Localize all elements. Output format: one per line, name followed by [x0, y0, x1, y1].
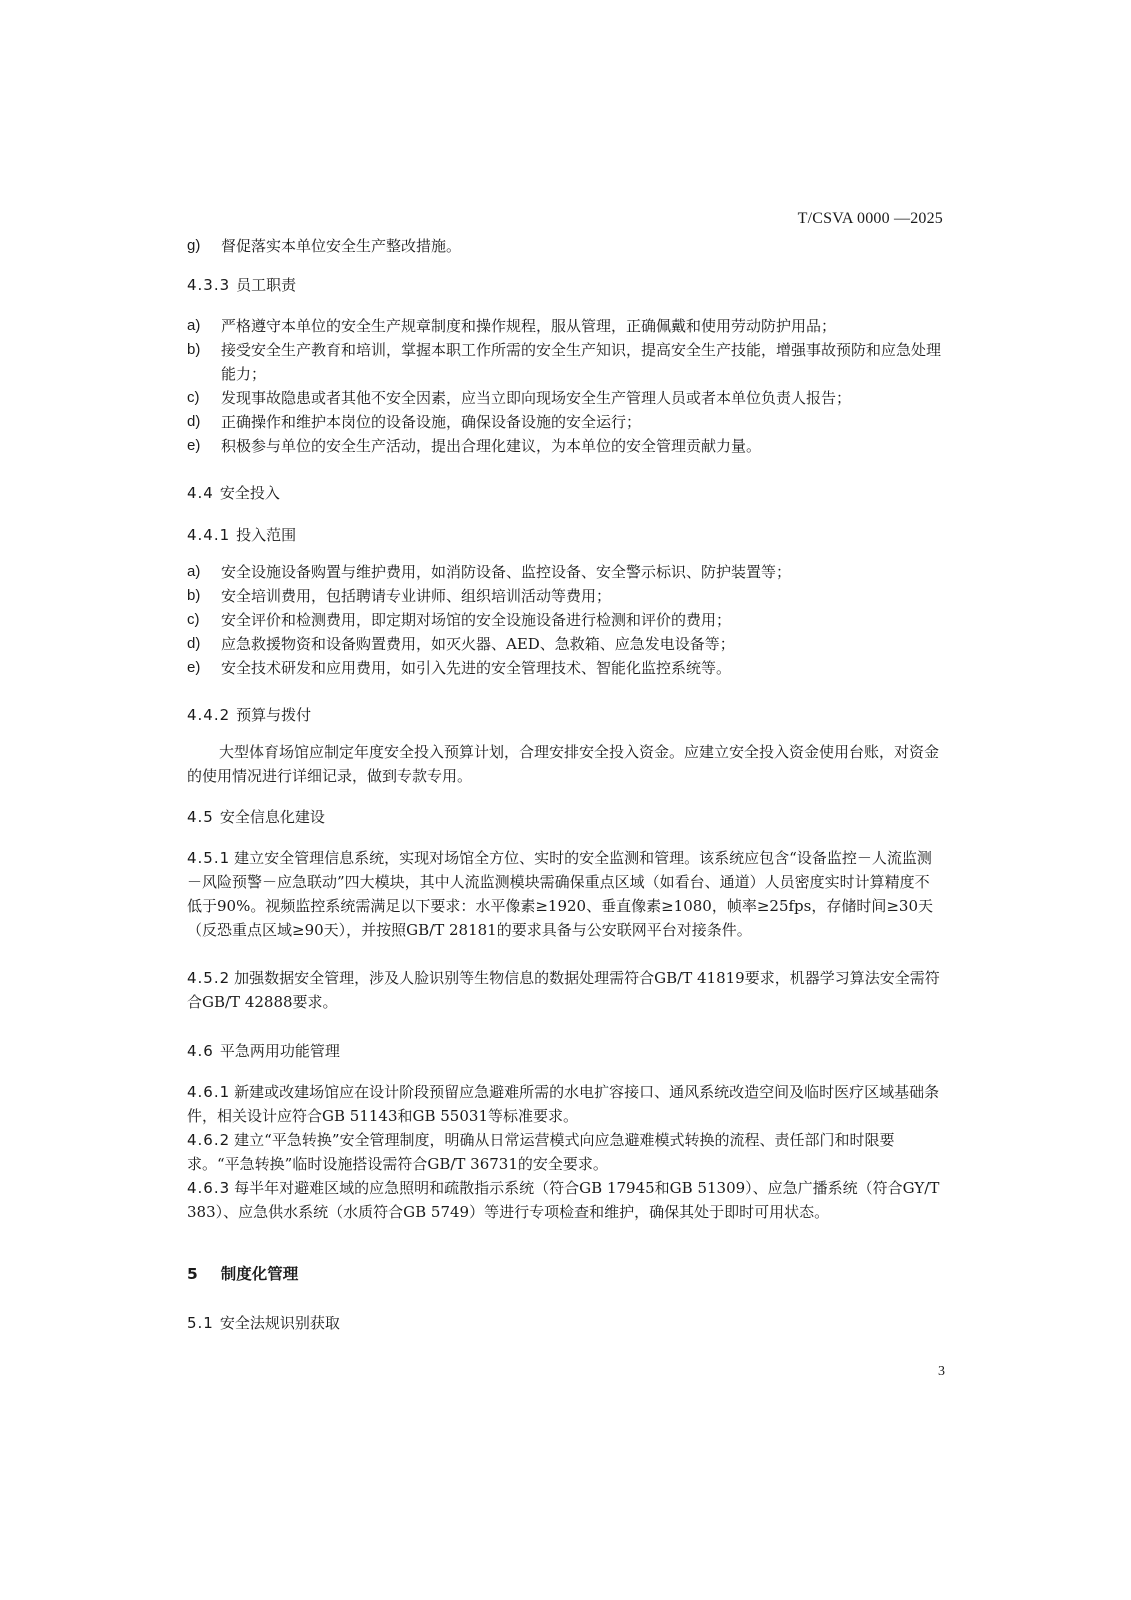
list-item: e)积极参与单位的安全生产活动，提出合理化建议，为本单位的安全管理贡献力量。 [187, 434, 944, 458]
list-item: a)严格遵守本单位的安全生产规章制度和操作规程，服从管理，正确佩戴和使用劳动防护… [187, 314, 944, 338]
section-heading-4-4-2: 4.4.2预算与拨付 [187, 704, 311, 725]
list-item: d)应急救援物资和设备购置费用，如灭火器、AED、急救箱、应急发电设备等； [187, 632, 944, 656]
section-4-6-3-paragraph: 4.6.3每半年对避难区域的应急照明和疏散指示系统（符合GB 17945和GB … [187, 1176, 944, 1224]
document-page: T/CSVA 0000 —2025 g) 督促落实本单位安全生产整改措施。 4.… [0, 0, 1131, 1600]
chapter-heading-5: 5制度化管理 [187, 1262, 298, 1284]
section-4-3-3-list: a)严格遵守本单位的安全生产规章制度和操作规程，服从管理，正确佩戴和使用劳动防护… [187, 314, 944, 458]
list-marker: g) [187, 234, 221, 258]
list-item: e)安全技术研发和应用费用，如引入先进的安全管理技术、智能化监控系统等。 [187, 656, 944, 680]
section-4-5-1-paragraph: 4.5.1建立安全管理信息系统，实现对场馆全方位、实时的安全监测和管理。该系统应… [187, 846, 944, 942]
section-heading-4-4-1: 4.4.1投入范围 [187, 524, 296, 545]
list-item: b)接受安全生产教育和培训，掌握本职工作所需的安全生产知识，提高安全生产技能，增… [187, 338, 944, 386]
section-4-5-2-paragraph: 4.5.2加强数据安全管理，涉及人脸识别等生物信息的数据处理需符合GB/T 41… [187, 966, 944, 1014]
list-item: d)正确操作和维护本岗位的设备设施，确保设备设施的安全运行； [187, 410, 944, 434]
section-heading-4-5: 4.5安全信息化建设 [187, 806, 325, 827]
section-4-4-2-body: 大型体育场馆应制定年度安全投入预算计划，合理安排安全投入资金。应建立安全投入资金… [187, 740, 944, 788]
section-4-6-1-paragraph: 4.6.1新建或改建场馆应在设计阶段预留应急避难所需的水电扩容接口、通风系统改造… [187, 1080, 944, 1128]
section-4-4-1-list: a)安全设施设备购置与维护费用，如消防设备、监控设备、安全警示标识、防护装置等；… [187, 560, 944, 680]
list-item: b)安全培训费用，包括聘请专业讲师、组织培训活动等费用； [187, 584, 944, 608]
list-text: 督促落实本单位安全生产整改措施。 [221, 234, 944, 258]
section-heading-4-6: 4.6平急两用功能管理 [187, 1040, 340, 1061]
list-item: c)安全评价和检测费用，即定期对场馆的安全设施设备进行检测和评价的费用； [187, 608, 944, 632]
section-heading-4-4: 4.4安全投入 [187, 482, 280, 503]
section-heading-5-1: 5.1安全法规识别获取 [187, 1312, 340, 1333]
list-item: c)发现事故隐患或者其他不安全因素，应当立即向现场安全生产管理人员或者本单位负责… [187, 386, 944, 410]
list-item: g) 督促落实本单位安全生产整改措施。 [187, 234, 944, 258]
page-number: 3 [938, 1364, 945, 1380]
document-id-header: T/CSVA 0000 —2025 [798, 210, 943, 228]
section-4-6-2-paragraph: 4.6.2建立“平急转换”安全管理制度，明确从日常运营模式向应急避难模式转换的流… [187, 1128, 944, 1176]
section-heading-4-3-3: 4.3.3员工职责 [187, 274, 296, 295]
list-item: a)安全设施设备购置与维护费用，如消防设备、监控设备、安全警示标识、防护装置等； [187, 560, 944, 584]
